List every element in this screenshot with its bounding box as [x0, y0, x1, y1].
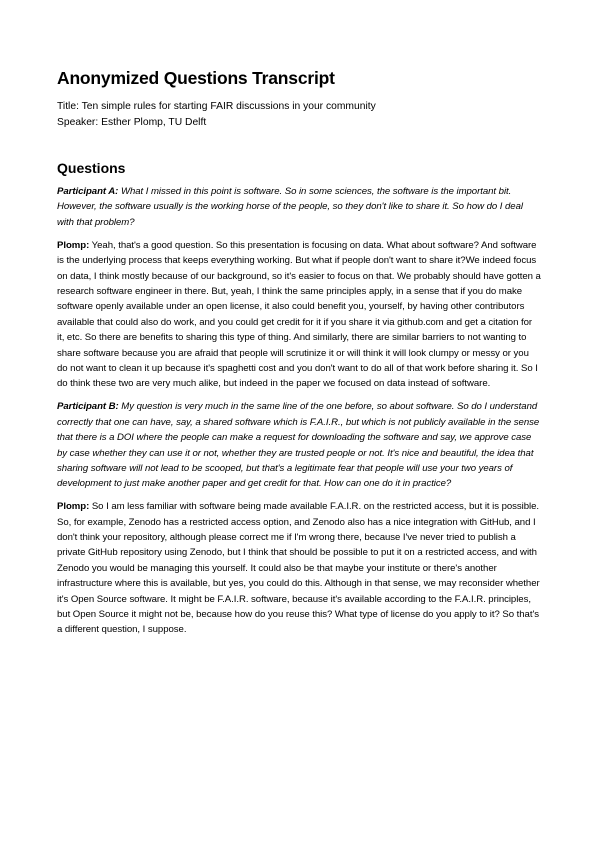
question-text: My question is very much in the same lin… — [57, 401, 539, 489]
question-paragraph: Participant A: What I missed in this poi… — [57, 184, 541, 230]
answer-paragraph: Plomp: Yeah, that's a good question. So … — [57, 238, 541, 392]
speaker-label: Plomp: — [57, 501, 89, 512]
answer-text: Yeah, that's a good question. So this pr… — [57, 240, 541, 390]
questions-heading: Questions — [57, 159, 541, 177]
speaker-label: Participant B: — [57, 401, 119, 412]
question-paragraph: Participant B: My question is very much … — [57, 399, 541, 491]
speaker-label: Participant A: — [57, 186, 118, 197]
document-title: Anonymized Questions Transcript — [57, 66, 541, 90]
talk-title-line: Title: Ten simple rules for starting FAI… — [57, 99, 541, 115]
speaker-label: Plomp: — [57, 240, 89, 251]
speaker-line: Speaker: Esther Plomp, TU Delft — [57, 115, 541, 131]
document-page: Anonymized Questions Transcript Title: T… — [57, 66, 541, 645]
answer-paragraph: Plomp: So I am less familiar with softwa… — [57, 499, 541, 638]
question-text: What I missed in this point is software.… — [57, 186, 523, 228]
answer-text: So I am less familiar with software bein… — [57, 501, 540, 635]
